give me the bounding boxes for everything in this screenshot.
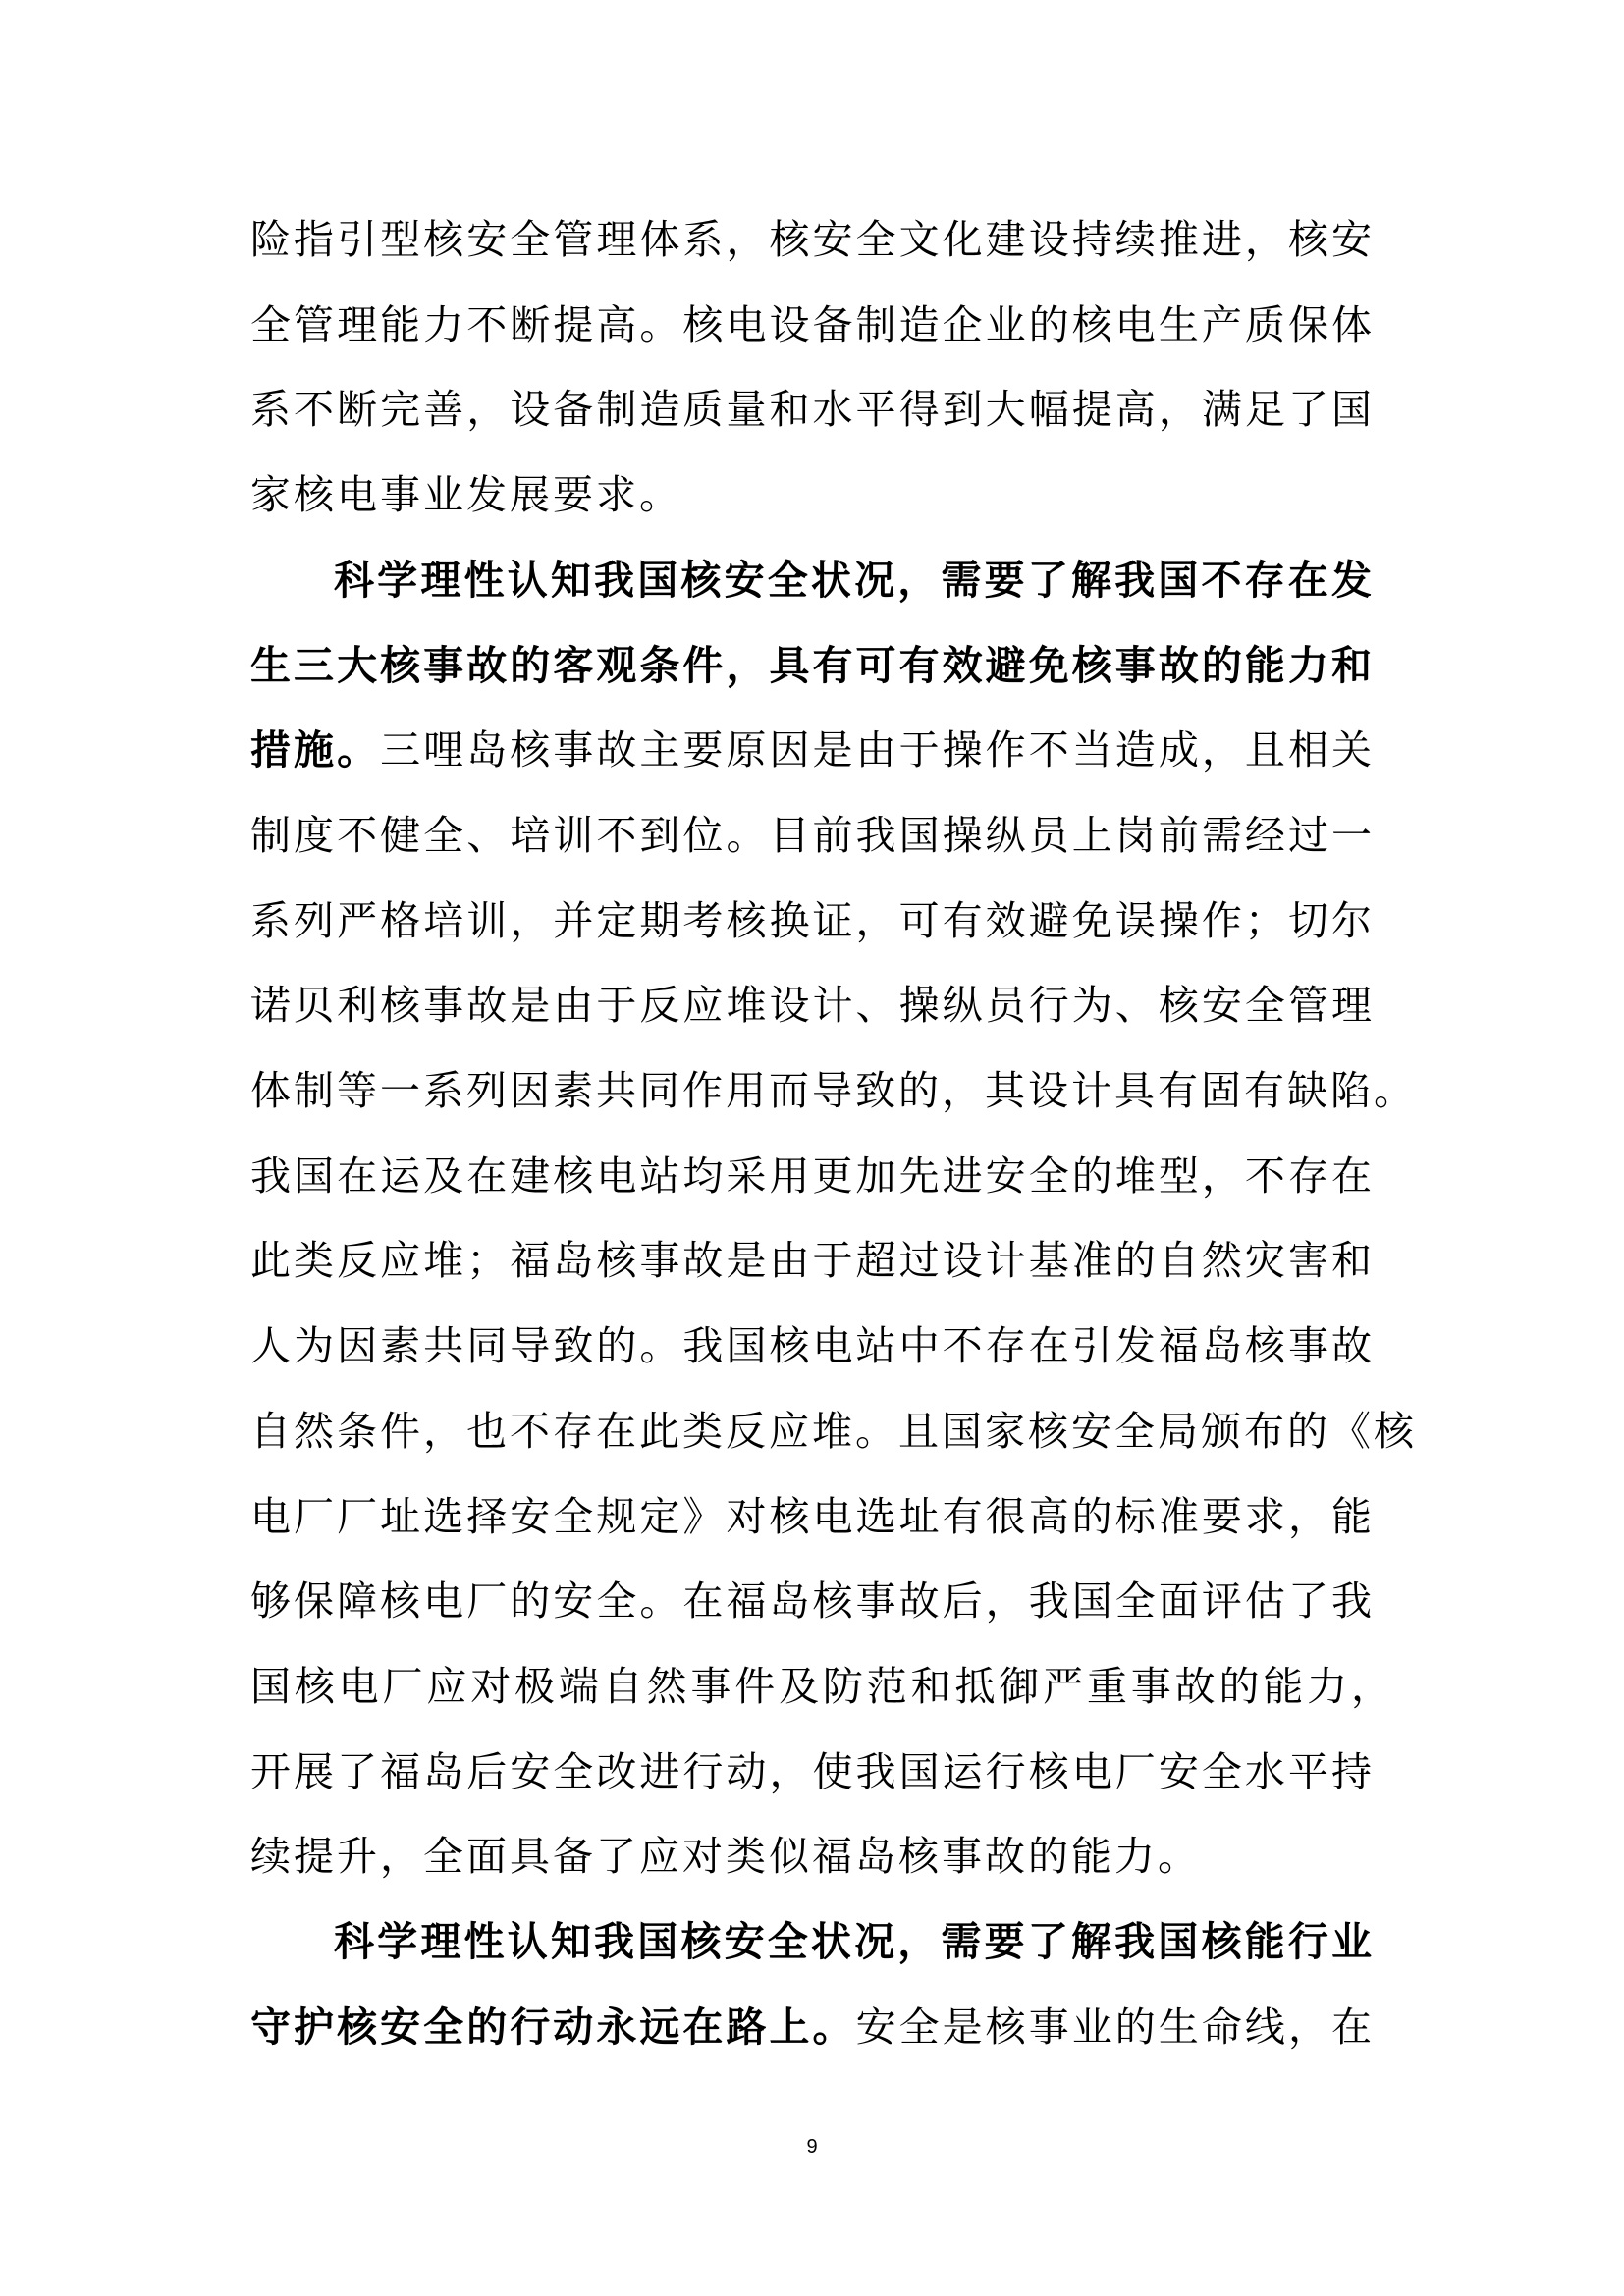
body-text: 人为因素共同导致的。我国核电站中不存在引发福岛核事故 bbox=[250, 1322, 1375, 1369]
body-text: 自然条件，也不存在此类反应堆。且国家核安全局颁布的《核 bbox=[250, 1408, 1417, 1455]
body-text: 系列严格培训，并定期考核换证，可有效避免误操作；切尔 bbox=[250, 897, 1375, 944]
paragraph-heading-line: 科学理性认知我国核安全状况，需要了解我国不存在发 bbox=[334, 538, 1375, 622]
text-line: 险指引型核安全管理体系，核安全文化建设持续推进，核安 bbox=[250, 197, 1375, 282]
text-line: 系不断完善，设备制造质量和水平得到大幅提高，满足了国 bbox=[250, 367, 1375, 452]
body-text: 续提升，全面具备了应对类似福岛核事故的能力。 bbox=[250, 1833, 1201, 1880]
paragraph-heading-line: 科学理性认知我国核安全状况，需要了解我国核能行业 bbox=[334, 1899, 1375, 1984]
text-line: 国核电厂应对极端自然事件及防范和抵御严重事故的能力， bbox=[250, 1644, 1394, 1729]
text-line: 我国在运及在建核电站均采用更加先进安全的堆型，不存在 bbox=[250, 1134, 1375, 1218]
bold-text: 措施。 bbox=[250, 726, 380, 774]
body-text: 系不断完善，设备制造质量和水平得到大幅提高，满足了国 bbox=[250, 386, 1375, 433]
text-line: 制度不健全、培训不到位。目前我国操纵员上岗前需经过一 bbox=[250, 793, 1375, 878]
bold-text: 守护核安全的行动永远在路上。 bbox=[250, 2003, 856, 2051]
text-line: 自然条件，也不存在此类反应堆。且国家核安全局颁布的《核 bbox=[250, 1389, 1375, 1473]
body-text: 诺贝利核事故是由于反应堆设计、操纵员行为、核安全管理 bbox=[250, 982, 1375, 1029]
body-text: 三哩岛核事故主要原因是由于操作不当造成，且相关 bbox=[380, 726, 1375, 774]
text-line: 诺贝利核事故是由于反应堆设计、操纵员行为、核安全管理 bbox=[250, 963, 1375, 1047]
document-page: 险指引型核安全管理体系，核安全文化建设持续推进，核安 全管理能力不断提高。核电设… bbox=[0, 0, 1624, 2296]
text-line: 人为因素共同导致的。我国核电站中不存在引发福岛核事故 bbox=[250, 1304, 1375, 1388]
text-line: 家核电事业发展要求。 bbox=[250, 453, 1375, 537]
body-text: 国核电厂应对极端自然事件及防范和抵御严重事故的能力， bbox=[250, 1663, 1394, 1710]
body-text: 安全是核事业的生命线，在 bbox=[856, 2003, 1375, 2051]
body-text: 制度不健全、培训不到位。目前我国操纵员上岗前需经过一 bbox=[250, 812, 1375, 859]
text-line: 电厂厂址选择安全规定》对核电选址有很高的标准要求，能 bbox=[250, 1474, 1375, 1559]
text-line: 续提升，全面具备了应对类似福岛核事故的能力。 bbox=[250, 1814, 1375, 1898]
text-line: 体制等一系列因素共同作用而导致的，其设计具有固有缺陷。 bbox=[250, 1048, 1394, 1133]
bold-text: 生三大核事故的客观条件，具有可有效避免核事故的能力和 bbox=[250, 642, 1375, 689]
body-text: 我国在运及在建核电站均采用更加先进安全的堆型，不存在 bbox=[250, 1152, 1375, 1200]
page-number: 9 bbox=[785, 2132, 839, 2162]
body-text: 体制等一系列因素共同作用而导致的，其设计具有固有缺陷。 bbox=[250, 1067, 1417, 1114]
text-line: 措施。三哩岛核事故主要原因是由于操作不当造成，且相关 bbox=[250, 708, 1375, 792]
bold-text: 科学理性认知我国核安全状况，需要了解我国不存在发 bbox=[334, 557, 1375, 604]
body-text: 险指引型核安全管理体系，核安全文化建设持续推进，核安 bbox=[250, 216, 1375, 263]
body-text: 家核电事业发展要求。 bbox=[250, 471, 682, 518]
text-line: 够保障核电厂的安全。在福岛核事故后，我国全面评估了我 bbox=[250, 1559, 1375, 1643]
bold-text: 科学理性认知我国核安全状况，需要了解我国核能行业 bbox=[334, 1918, 1375, 1965]
body-text: 电厂厂址选择安全规定》对核电选址有很高的标准要求，能 bbox=[250, 1493, 1375, 1540]
body-text: 此类反应堆；福岛核事故是由于超过设计基准的自然灾害和 bbox=[250, 1237, 1375, 1284]
body-text: 开展了福岛后安全改进行动，使我国运行核电厂安全水平持 bbox=[250, 1748, 1375, 1795]
body-text: 够保障核电厂的安全。在福岛核事故后，我国全面评估了我 bbox=[250, 1577, 1375, 1625]
text-line: 系列严格培训，并定期考核换证，可有效避免误操作；切尔 bbox=[250, 879, 1375, 963]
text-line: 开展了福岛后安全改进行动，使我国运行核电厂安全水平持 bbox=[250, 1730, 1375, 1814]
text-line: 此类反应堆；福岛核事故是由于超过设计基准的自然灾害和 bbox=[250, 1218, 1375, 1303]
body-text: 全管理能力不断提高。核电设备制造企业的核电生产质保体 bbox=[250, 301, 1375, 348]
text-line: 生三大核事故的客观条件，具有可有效避免核事故的能力和 bbox=[250, 623, 1375, 708]
text-line: 全管理能力不断提高。核电设备制造企业的核电生产质保体 bbox=[250, 283, 1375, 367]
text-line: 守护核安全的行动永远在路上。安全是核事业的生命线，在 bbox=[250, 1985, 1375, 2069]
